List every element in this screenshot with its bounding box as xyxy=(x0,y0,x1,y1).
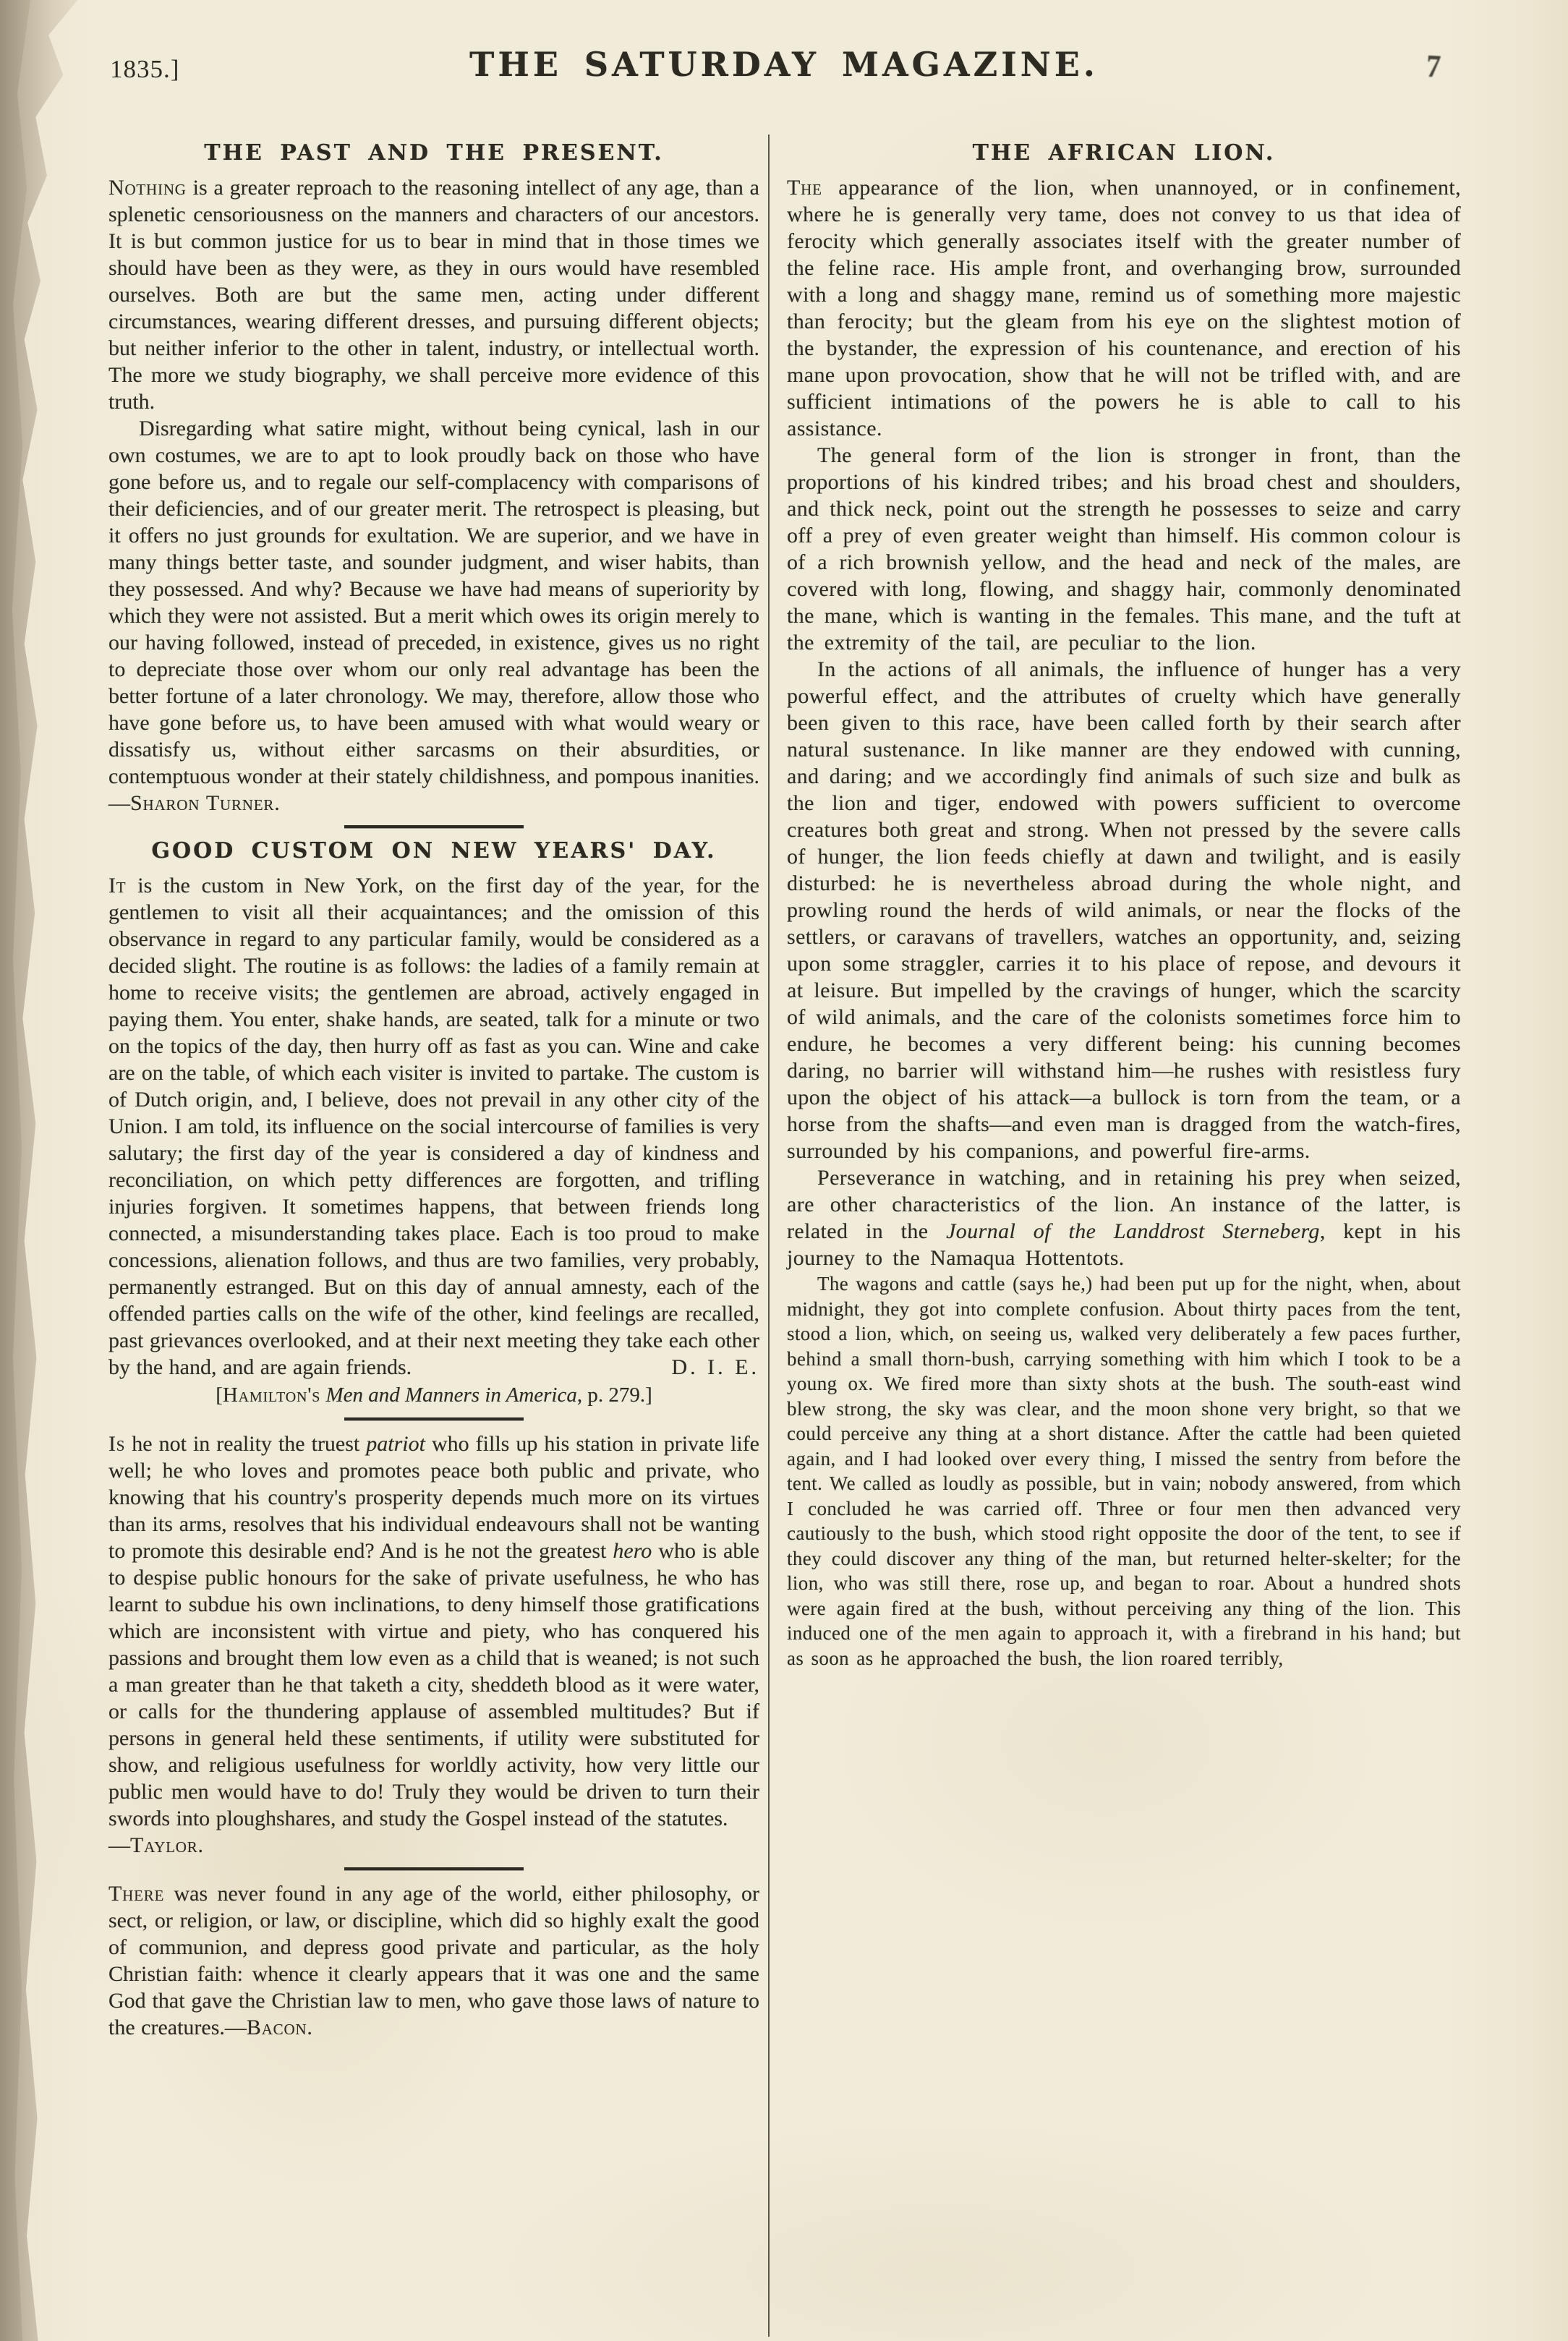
paragraph: The general form of the lion is stronger… xyxy=(787,442,1461,656)
page-number: 7 xyxy=(1426,47,1442,85)
page-right-edge-shading xyxy=(1529,0,1568,2341)
page-header: 1835.] THE SATURDAY MAGAZINE. 7 xyxy=(0,0,1568,123)
paragraph: The appearance of the lion, when unannoy… xyxy=(787,174,1461,442)
signature-taylor: —Taylor. xyxy=(108,1832,759,1859)
paragraph: Nothing is a greater reproach to the rea… xyxy=(108,174,759,415)
right-column: THE AFRICAN LION. The appearance of the … xyxy=(787,137,1461,1671)
column-divider-rule xyxy=(768,135,770,2337)
paragraph-extract-journal: The wagons and cattle (says he,) had bee… xyxy=(787,1271,1461,1671)
paragraph: Is he not in reality the truest patriot … xyxy=(108,1430,759,1832)
section-divider xyxy=(344,1867,524,1870)
left-column: THE PAST AND THE PRESENT. Nothing is a g… xyxy=(108,137,759,2041)
paragraph: Disregarding what satire might, without … xyxy=(108,415,759,816)
paragraph-text: It is the custom in New York, on the fir… xyxy=(108,874,759,1379)
signature-die: D. I. E. xyxy=(672,1354,759,1381)
paragraph: In the actions of all animals, the influ… xyxy=(787,656,1461,1164)
masthead-title: THE SATURDAY MAGAZINE. xyxy=(0,45,1568,84)
article-title-past-and-present: THE PAST AND THE PRESENT. xyxy=(108,140,759,166)
paragraph: Perseverance in watching, and in retaini… xyxy=(787,1164,1461,1271)
magazine-page: 1835.] THE SATURDAY MAGAZINE. 7 THE PAST… xyxy=(0,0,1568,2341)
article-title-good-custom: GOOD CUSTOM ON NEW YEARS' DAY. xyxy=(108,838,759,864)
citation-hamilton: [Hamilton's Men and Manners in America, … xyxy=(108,1382,759,1409)
paragraph: There was never found in any age of the … xyxy=(108,1880,759,2041)
section-divider xyxy=(344,825,524,828)
section-divider xyxy=(344,1417,524,1420)
paragraph: It is the custom in New York, on the fir… xyxy=(108,872,759,1381)
article-title-african-lion: THE AFRICAN LION. xyxy=(787,140,1461,166)
